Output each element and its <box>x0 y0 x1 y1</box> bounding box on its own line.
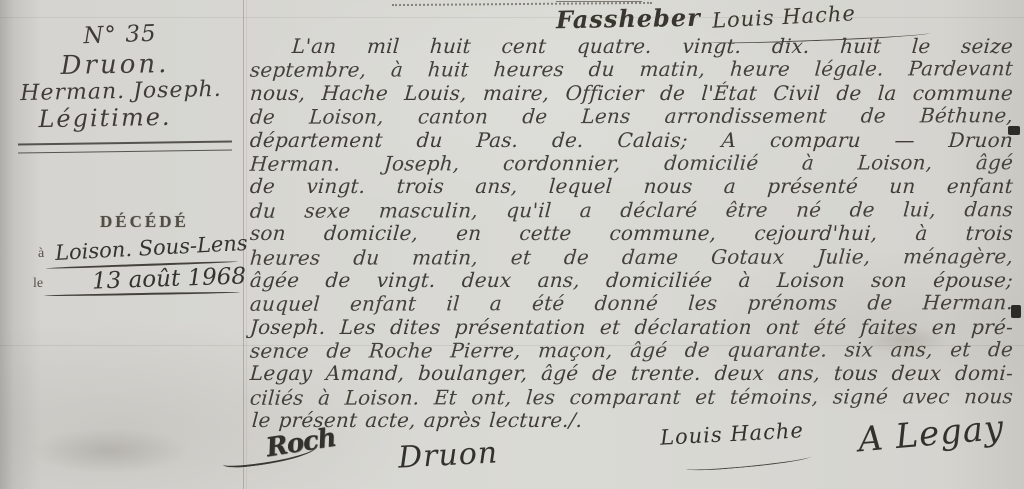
body-line: du sexe masculin, qu'il a déclaré être n… <box>249 198 1014 223</box>
ink-smudge <box>30 428 190 474</box>
stamp-place-prefix: à <box>38 246 44 262</box>
signature-declarant-druon: Druon <box>397 435 499 475</box>
body-line: heures du matin, et de dame Gotaux Julie… <box>249 245 1014 270</box>
body-line: sence de Roche Pierre, maçon, âgé de qua… <box>249 338 1014 363</box>
stamp-fill-line <box>44 291 240 296</box>
body-line: septembre, à huit heures du matin, heure… <box>249 58 1014 83</box>
body-line: nous, Hache Louis, maire, Officier de l'… <box>249 82 1014 105</box>
header-registrar-note: Fassheber <box>556 3 701 35</box>
body-line: auquel enfant il a été donné les prénoms… <box>249 291 1014 316</box>
margin-legitimacy: Légitime. <box>10 102 200 133</box>
signature-underline-flourish <box>686 453 812 473</box>
body-line: âgée de vingt. deux ans, domiciliée à Lo… <box>249 269 1014 292</box>
act-body-text: L'an mil huit cent quatre. vingt. dix. h… <box>250 35 1013 433</box>
stamp-date-handwritten: 13 août 1968 <box>92 263 247 294</box>
stamp-date-prefix: le <box>33 276 43 292</box>
body-line: de Loison, canton de Lens arrondissement… <box>249 104 1014 129</box>
body-line: département du Pas. de. Calais; A compar… <box>249 129 1014 152</box>
body-line: ciliés à Loison. Et ont, les comparant e… <box>249 385 1014 410</box>
body-line: Joseph. Les dites présentation et déclar… <box>249 316 1014 339</box>
header-mayor-signature: Louis Hache <box>711 1 856 32</box>
body-line: Legay Amand, boulanger, âgé de trente. d… <box>249 362 1014 385</box>
scanned-birth-record: N° 35 Druon. Herman. Joseph. Légitime. D… <box>0 0 1024 489</box>
stamp-place-handwritten: Loison. Sous-Lens <box>55 231 246 265</box>
deceased-stamp-title: DÉCÉDÉ <box>100 212 189 232</box>
margin-given-names: Herman. Joseph. <box>0 76 242 106</box>
body-line: L'an mil huit cent quatre. vingt. dix. h… <box>249 35 1014 58</box>
cutoff-pen-line-top <box>556 1 642 2</box>
body-line: Herman. Joseph, cordonnier, domicilié à … <box>249 151 1014 176</box>
body-line: de vingt. trois ans, lequel nous a prése… <box>249 175 1014 198</box>
paper-crease <box>0 17 1024 18</box>
act-number: N° 35 <box>55 20 186 51</box>
margin-surname: Druon. <box>25 48 205 81</box>
body-line: son domicile, en cette commune, cejourd'… <box>249 222 1014 245</box>
margin-double-rule <box>18 141 232 154</box>
